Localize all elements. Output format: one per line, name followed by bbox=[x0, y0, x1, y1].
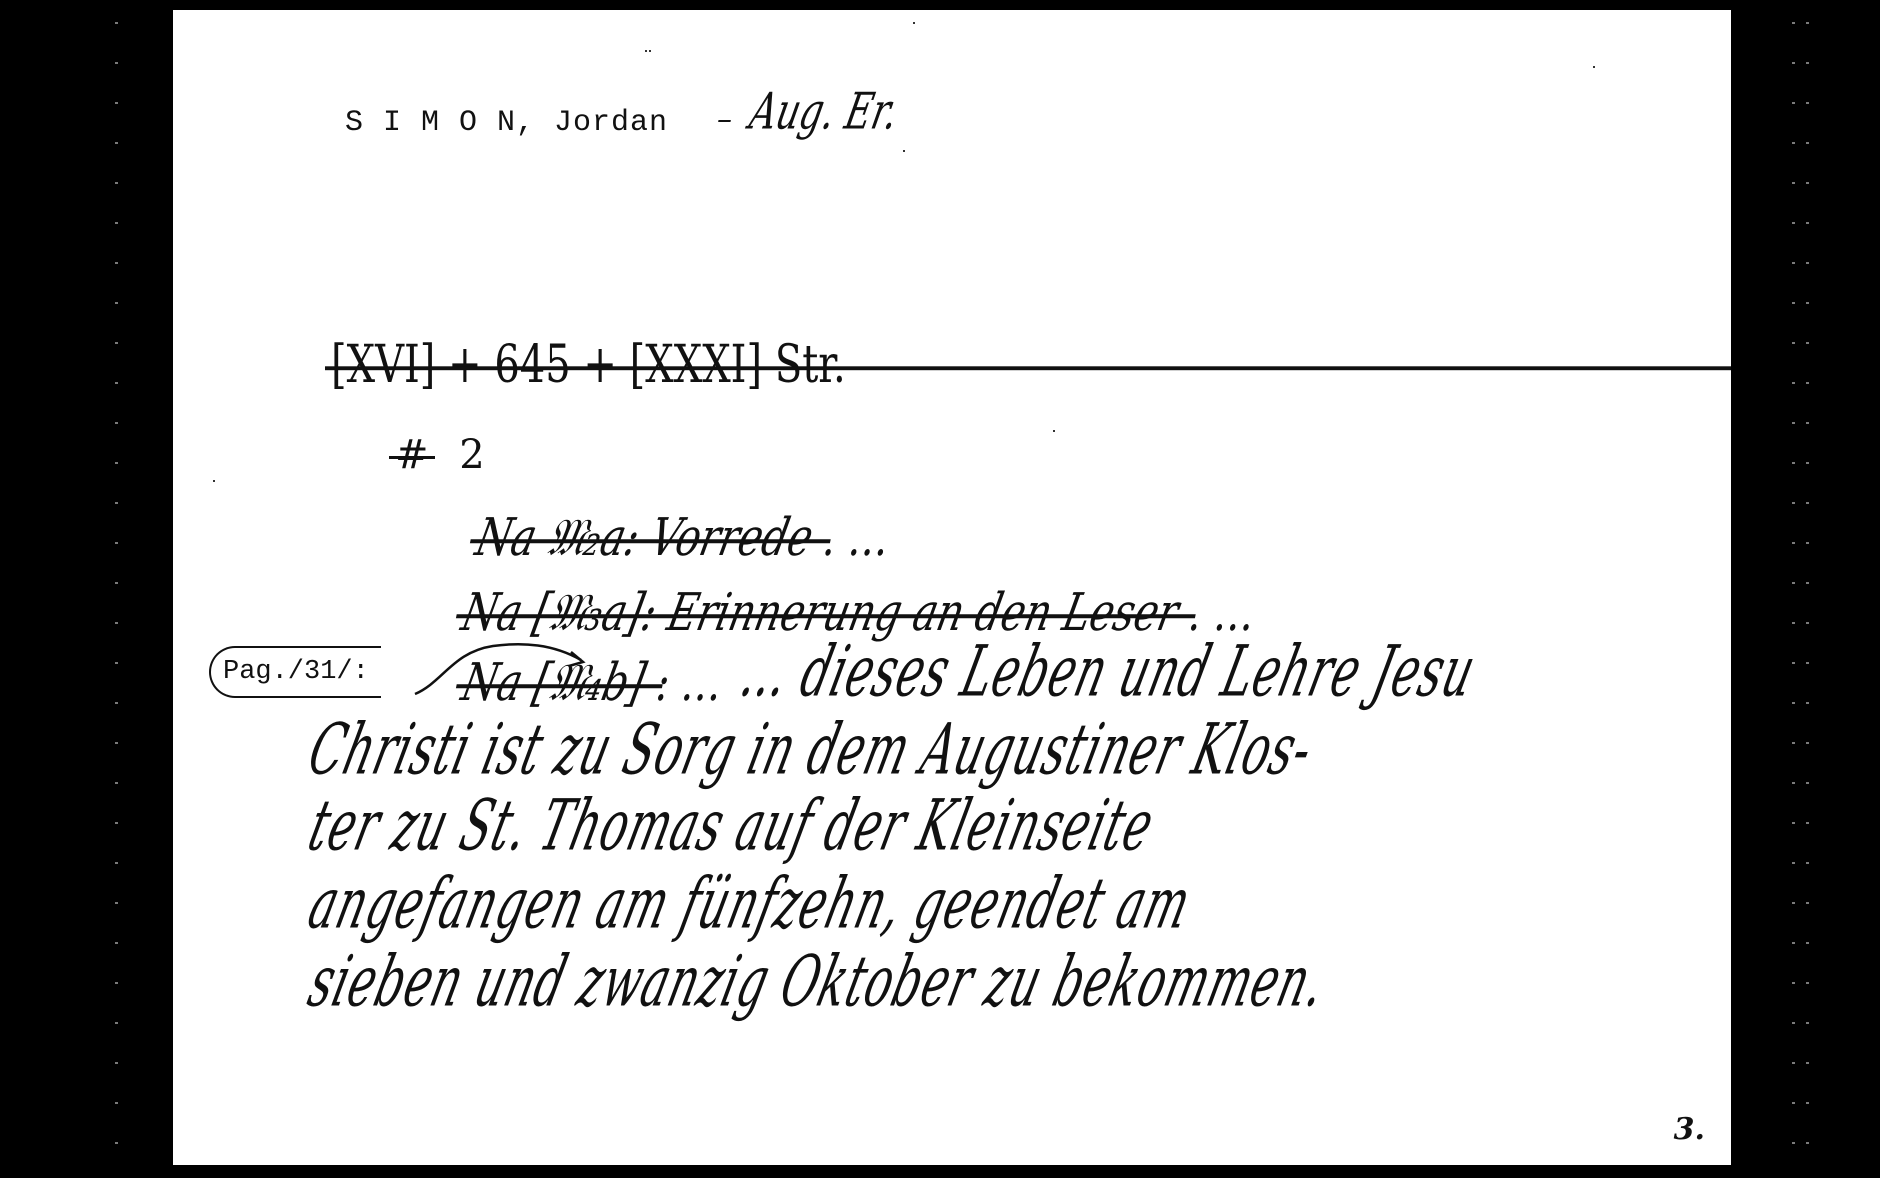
document-card: S I M O N, Jordan – Aug. Er. [XVI] + 645… bbox=[173, 10, 1731, 1165]
entry-1: Na 𝔐₂a: Vorrede . … bbox=[471, 508, 897, 568]
entry-tail: : … bbox=[651, 653, 730, 713]
entry-text: Vorrede bbox=[645, 508, 818, 568]
handwriting-line-1: … dieses Leben und Lehre Jesu bbox=[733, 631, 1484, 713]
handwriting-line-4: angefangen am fünfzehn, geendet am bbox=[301, 863, 1199, 945]
count-value: 2 bbox=[459, 432, 484, 478]
scan-edge-left bbox=[115, 0, 118, 1178]
page-reference-label: Pag./31/: bbox=[223, 657, 369, 687]
scan-speck bbox=[903, 150, 905, 152]
header-dash: – bbox=[717, 102, 732, 137]
entry-tail: . … bbox=[818, 508, 896, 568]
typed-name: S I M O N, Jordan bbox=[345, 106, 668, 140]
scan-speck bbox=[1593, 66, 1595, 68]
scan-speck bbox=[1053, 430, 1055, 432]
scan-speck bbox=[213, 480, 215, 482]
entry-prefix: Na bbox=[471, 508, 543, 568]
entry-signature: 𝔐₂a: bbox=[542, 508, 645, 568]
page-number: 3. bbox=[1674, 1112, 1705, 1147]
handwriting-line-5: sieben und zwanzig Oktober zu bekommen. bbox=[301, 941, 1334, 1023]
entry-1-struck-part: Na 𝔐₂a: Vorrede bbox=[471, 508, 831, 568]
page-reference-badge: Pag./31/: bbox=[209, 646, 381, 698]
scan-speck bbox=[649, 50, 651, 52]
bracket-xxxi: [XXXI] bbox=[630, 335, 762, 395]
struck-collation: [XVI] + 645 + [XXXI] Str. bbox=[331, 335, 1731, 395]
bracket-xvi: [XVI] bbox=[331, 335, 435, 395]
collation-suffix: Str. bbox=[775, 335, 846, 395]
plus-sign: + bbox=[448, 335, 482, 395]
struck-hash: # bbox=[395, 432, 429, 478]
handwritten-annotation: Aug. Er. bbox=[745, 84, 903, 141]
connector-arrow-icon bbox=[413, 632, 593, 702]
plus-sign: + bbox=[583, 335, 617, 395]
scan-edge-right bbox=[1792, 0, 1795, 1178]
scan-speck bbox=[645, 50, 647, 52]
count-line: # 2 bbox=[395, 432, 485, 478]
handwriting-line-2: Christi ist zu Sorg in dem Augustiner Kl… bbox=[301, 709, 1321, 791]
handwriting-line-3: ter zu St. Thomas auf der Kleinseite bbox=[301, 785, 1162, 867]
scan-edge-right-2 bbox=[1806, 0, 1809, 1178]
page-count: 645 bbox=[494, 335, 570, 395]
scan-speck bbox=[913, 22, 915, 24]
